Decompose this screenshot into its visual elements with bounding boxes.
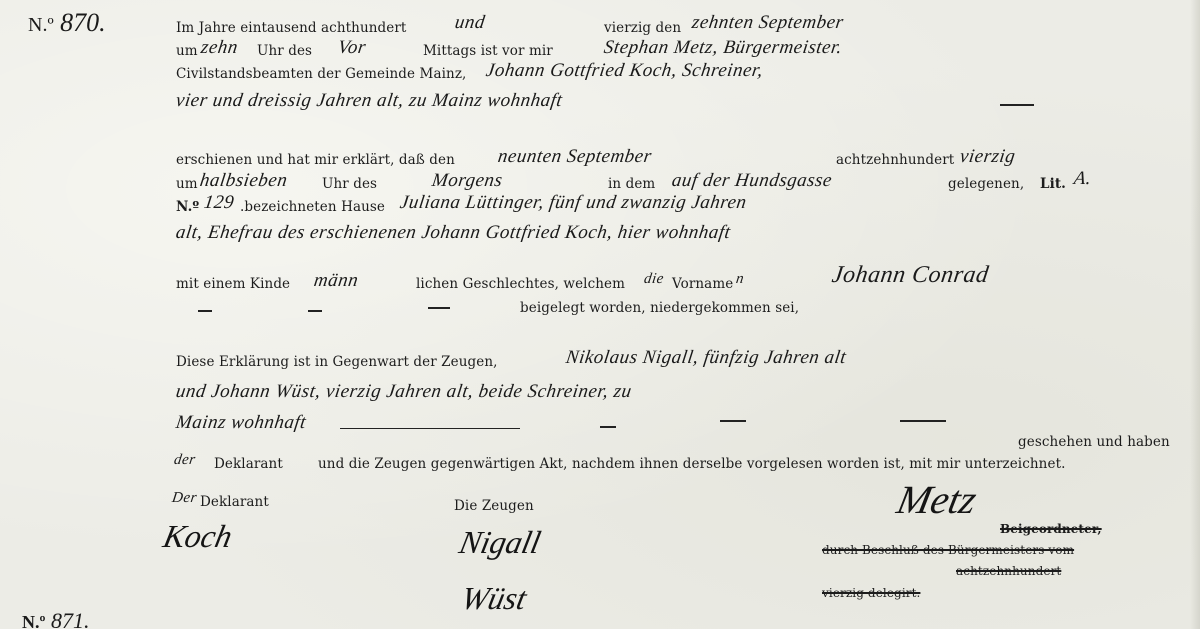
next-number-label: N.º: [22, 612, 45, 629]
printed-house-no-label: N.º: [176, 199, 199, 215]
hand-date: zehnten September: [690, 12, 845, 34]
printed-lichen: lichen Geschlechtes, welchem: [416, 276, 625, 292]
printed-mit-einem-kinde: mit einem Kinde: [176, 276, 290, 292]
printed-lit: Lit.: [1040, 176, 1066, 192]
hand-sex: männ: [312, 270, 359, 292]
hand-mother-detail: alt, Ehefrau des erschienenen Johann Got…: [174, 222, 731, 244]
hand-die: die: [643, 271, 665, 288]
printed-erschienen: erschienen und hat mir erklärt, daß den: [176, 152, 455, 168]
hand-lit: A.: [1072, 168, 1092, 190]
fill-dash: [900, 420, 946, 422]
struck-beschluss: durch Beschluß des Bürgermeisters vom: [822, 543, 1074, 557]
hand-residence: Mainz wohnhaft: [174, 412, 307, 434]
hand-witness2: und Johann Wüst, vierzig Jahren alt, bei…: [174, 381, 633, 403]
printed-civilstand: Civilstandsbeamten der Gemeinde Mainz,: [176, 66, 466, 82]
printed-in-dem: in dem: [608, 176, 655, 192]
hand-birth-hour: halbsieben: [198, 170, 288, 192]
next-number-value: 871.: [51, 608, 90, 629]
number-value: 870.: [60, 8, 106, 37]
hand-der: der: [173, 452, 197, 469]
witness1-signature: Nigall: [456, 524, 544, 561]
hand-child-name: Johann Conrad: [830, 262, 990, 289]
hand-der-label: Der: [171, 490, 198, 507]
printed-vorname: Vorname: [672, 276, 733, 292]
printed-deklarant: Deklarant: [214, 456, 283, 472]
declarant-label: Deklarant: [200, 494, 269, 510]
declarant-signature: Koch: [160, 518, 235, 555]
printed-closing: und die Zeugen gegenwärtigen Akt, nachde…: [318, 456, 1066, 472]
hand-witness1: Nikolaus Nigall, fünfzig Jahren alt: [564, 347, 847, 369]
printed-vierzig-den: vierzig den: [604, 20, 681, 36]
record-number: N.º 870.: [28, 8, 106, 38]
hand-period: Vor: [336, 37, 367, 59]
printed-bezeichneten: .bezeichneten Hause: [240, 199, 385, 215]
printed-uhr-des: Uhr des: [257, 43, 312, 59]
printed-um-2: um: [176, 176, 198, 192]
fill-dash: [720, 420, 746, 422]
fill-dash: [308, 310, 322, 312]
number-label: N.º: [28, 14, 54, 36]
printed-beigelegt: beigelegt worden, niedergekommen sei,: [520, 300, 799, 316]
printed-achtzehnhundert: achtzehnhundert: [836, 152, 954, 168]
struck-beigeordneter: Beigeordneter,: [1000, 522, 1102, 536]
printed-mittags: Mittags ist vor mir: [423, 43, 553, 59]
witness2-signature: Wüst: [458, 580, 530, 617]
page-edge-shadow: [1190, 0, 1200, 629]
fill-dash: [1000, 104, 1034, 106]
fill-dash: [198, 310, 212, 312]
printed-gelegenen: gelegenen,: [948, 176, 1024, 192]
next-record-number: N.º 871.: [22, 608, 89, 629]
hand-birth-period: Morgens: [430, 170, 503, 192]
hand-hour: zehn: [199, 37, 239, 59]
printed-uhr-des-2: Uhr des: [322, 176, 377, 192]
hand-official: Stephan Metz, Bürgermeister.: [602, 37, 843, 59]
witnesses-label: Die Zeugen: [454, 498, 534, 514]
struck-achtzehnhundert: achtzehnhundert: [956, 564, 1061, 578]
printed-geschehen: geschehen und haben: [1018, 434, 1170, 450]
hand-house-number: 129: [202, 192, 235, 214]
printed-year-intro: Im Jahre eintausend achthundert: [176, 20, 406, 36]
hand-birth-year: vierzig: [958, 146, 1016, 168]
fill-line: [340, 428, 520, 429]
printed-diese-erklaerung: Diese Erklärung ist in Gegenwart der Zeu…: [176, 354, 498, 370]
hand-year: und: [453, 12, 486, 34]
fill-dash: [428, 307, 450, 309]
fill-dash: [600, 426, 616, 428]
struck-vierzig-delegirt: vierzig delegirt.: [822, 586, 920, 600]
hand-birth-day: neunten September: [496, 146, 653, 168]
hand-vorname-n: n: [735, 271, 745, 288]
hand-mother: Juliana Lüttinger, fünf und zwanzig Jahr…: [398, 192, 748, 214]
hand-declarant-age: vier und dreissig Jahren alt, zu Mainz w…: [174, 90, 563, 112]
printed-um: um: [176, 43, 198, 59]
hand-street: auf der Hundsgasse: [670, 170, 833, 192]
bleed-through-text: [20, 432, 24, 446]
mayor-signature: Metz: [893, 476, 981, 523]
hand-declarant: Johann Gottfried Koch, Schreiner,: [484, 60, 764, 82]
